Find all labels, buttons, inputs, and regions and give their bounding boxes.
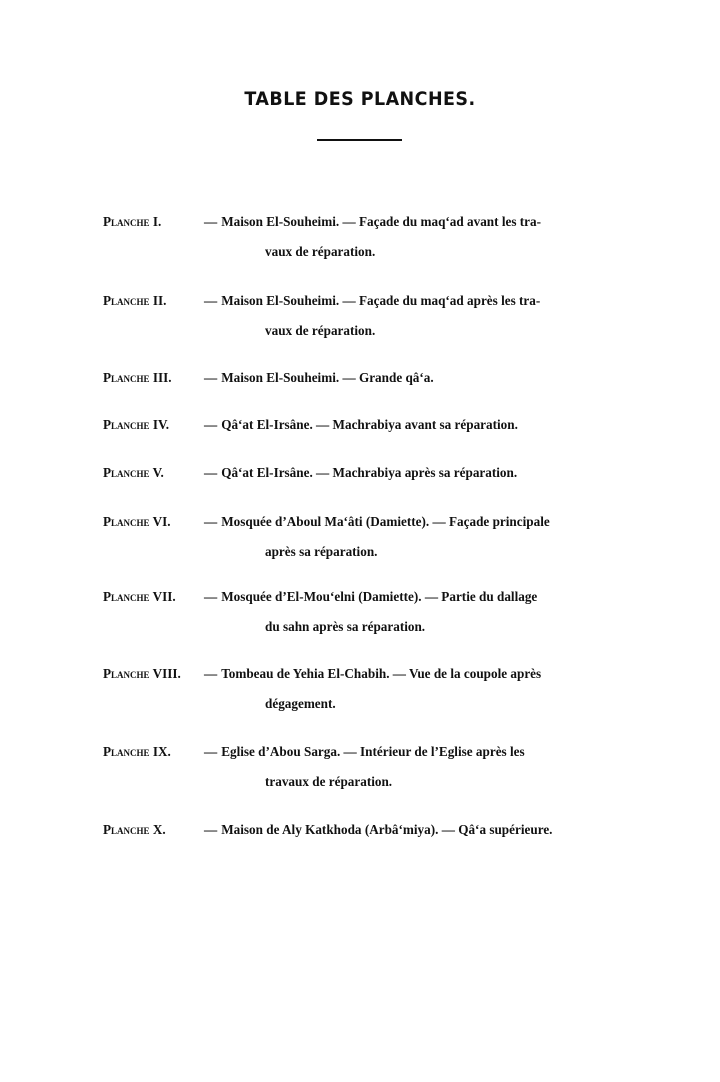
em-dash: — — [204, 666, 217, 681]
plate-description-line1: Maison El-Souheimi. — Façade du maq‘ad a… — [221, 214, 541, 229]
plate-description-line2: du sahn après sa réparation. — [265, 612, 425, 642]
plate-label: Planche IX. — [103, 737, 171, 767]
plate-label: Planche I. — [103, 207, 161, 237]
em-dash: — — [204, 214, 217, 229]
em-dash: — — [204, 589, 217, 604]
plate-description-line1: Qâ‘at El-Irsâne. — Machrabiya après sa r… — [221, 465, 517, 480]
plate-description-line2: vaux de réparation. — [265, 237, 375, 267]
plate-description: —Mosquée d’Aboul Ma‘âti (Damiette). — Fa… — [204, 507, 550, 537]
plate-description: —Maison El-Souheimi. — Façade du maq‘ad … — [204, 286, 540, 316]
plate-description: —Maison El-Souheimi. — Façade du maq‘ad … — [204, 207, 541, 237]
plate-label: Planche II. — [103, 286, 166, 316]
plate-description-line1: Maison de Aly Katkhoda (Arbâ‘miya). — Qâ… — [221, 822, 552, 837]
plate-description-line2: après sa réparation. — [265, 537, 377, 567]
plate-description: —Qâ‘at El-Irsâne. — Machrabiya après sa … — [204, 458, 517, 488]
plate-description: —Tombeau de Yehia El-Chabih. — Vue de la… — [204, 659, 541, 689]
plate-description-line1: Mosquée d’Aboul Ma‘âti (Damiette). — Faç… — [221, 514, 550, 529]
plate-description-line1: Qâ‘at El-Irsâne. — Machrabiya avant sa r… — [221, 417, 518, 432]
em-dash: — — [204, 822, 217, 837]
plate-description-line2: dégagement. — [265, 689, 336, 719]
plate-description: —Qâ‘at El-Irsâne. — Machrabiya avant sa … — [204, 410, 518, 440]
em-dash: — — [204, 744, 217, 759]
plate-description-line2: vaux de réparation. — [265, 316, 375, 346]
title-rule — [317, 139, 402, 141]
em-dash: — — [204, 417, 217, 432]
plate-description: —Maison El-Souheimi. — Grande qâ‘a. — [204, 363, 434, 393]
plate-description-line1: Eglise d’Abou Sarga. — Intérieur de l’Eg… — [221, 744, 524, 759]
em-dash: — — [204, 465, 217, 480]
plate-label: Planche III. — [103, 363, 172, 393]
plate-description-line1: Tombeau de Yehia El-Chabih. — Vue de la … — [221, 666, 541, 681]
em-dash: — — [204, 370, 217, 385]
em-dash: — — [204, 293, 217, 308]
plate-description: —Maison de Aly Katkhoda (Arbâ‘miya). — Q… — [204, 815, 552, 845]
plate-description-line1: Maison El-Souheimi. — Grande qâ‘a. — [221, 370, 434, 385]
plate-description-line1: Maison El-Souheimi. — Façade du maq‘ad a… — [221, 293, 540, 308]
plate-label: Planche VII. — [103, 582, 176, 612]
plate-description: —Mosquée d’El-Mou‘elni (Damiette). — Par… — [204, 582, 537, 612]
plate-description-line1: Mosquée d’El-Mou‘elni (Damiette). — Part… — [221, 589, 537, 604]
plate-label: Planche VIII. — [103, 659, 181, 689]
em-dash: — — [204, 514, 217, 529]
plate-description-line2: travaux de réparation. — [265, 767, 392, 797]
plate-label: Planche IV. — [103, 410, 169, 440]
plate-description: —Eglise d’Abou Sarga. — Intérieur de l’E… — [204, 737, 525, 767]
plate-label: Planche VI. — [103, 507, 171, 537]
page-title: TABLE DES PLANCHES. — [29, 88, 691, 110]
plate-label: Planche V. — [103, 458, 164, 488]
plate-label: Planche X. — [103, 815, 166, 845]
